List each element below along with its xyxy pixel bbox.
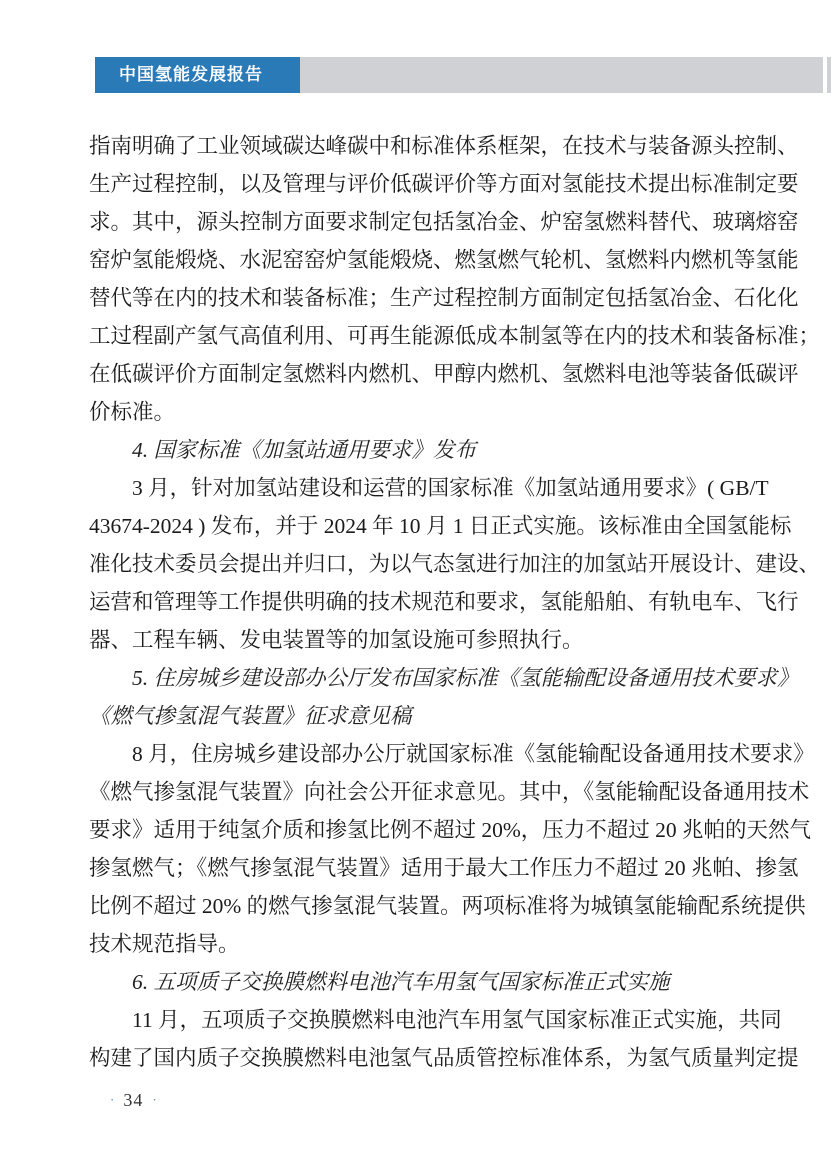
footer-right-dot: · — [143, 1092, 165, 1107]
text-line: 准化技术委员会提出并归口，为以气态氢进行加注的加氢站开展设计、建设、 — [89, 545, 749, 583]
text-line: 价标准。 — [89, 393, 749, 431]
text-line: 器、工程车辆、发电装置等的加氢设施可参照执行。 — [89, 621, 749, 659]
text-line: 43674-2024 ) 发布，并于 2024 年 10 月 1 日正式实施。该… — [89, 507, 749, 545]
text-line: 替代等在内的技术和装备标准；生产过程控制方面制定包括氢冶金、石化化 — [89, 279, 749, 317]
section-heading: 4. 国家标准《加氢站通用要求》发布 — [89, 431, 749, 469]
text-line: 《燃气掺氢混气装置》向社会公开征求意见。其中，《氢能输配设备通用技术 — [89, 773, 749, 811]
text-line: 11 月，五项质子交换膜燃料电池汽车用氢气国家标准正式实施，共同 — [89, 1001, 749, 1039]
page-footer: ·34· — [101, 1086, 166, 1114]
text-line: 生产过程控制，以及管理与评价低碳评价等方面对氢能技术提出标准制定要 — [89, 165, 749, 203]
text-line: 求。其中，源头控制方面要求制定包括氢冶金、炉窑氢燃料替代、玻璃熔窑 — [89, 203, 749, 241]
text-line: 指南明确了工业领域碳达峰碳中和标准体系框架，在技术与装备源头控制、 — [89, 127, 749, 165]
footer-left-dot: · — [101, 1092, 123, 1107]
text-line: 掺氢燃气；《燃气掺氢混气装置》适用于最大工作压力不超过 20 兆帕、掺氢 — [89, 849, 749, 887]
section-heading: 6. 五项质子交换膜燃料电池汽车用氢气国家标准正式实施 — [89, 963, 749, 1001]
text-line: 窑炉氢能煅烧、水泥窑窑炉氢能煅烧、燃氢燃气轮机、氢燃料内燃机等氢能 — [89, 241, 749, 279]
report-title-badge: 中国氢能发展报告 — [95, 57, 300, 93]
text-line: 比例不超过 20% 的燃气掺氢混气装置。两项标准将为城镇氢能输配系统提供 — [89, 887, 749, 925]
text-line: 在低碳评价方面制定氢燃料内燃机、甲醇内燃机、氢燃料电池等装备低碳评 — [89, 355, 749, 393]
section-heading: 5. 住房城乡建设部办公厅发布国家标准《氢能输配设备通用技术要求》 — [89, 659, 749, 697]
text-line: 8 月，住房城乡建设部办公厅就国家标准《氢能输配设备通用技术要求》 — [89, 735, 749, 773]
text-line: 工过程副产氢气高值利用、可再生能源低成本制氢等在内的技术和装备标准； — [89, 317, 749, 355]
text-line: 3 月，针对加氢站建设和运营的国家标准《加氢站通用要求》( GB/T — [89, 469, 749, 507]
document-body: 指南明确了工业领域碳达峰碳中和标准体系框架，在技术与装备源头控制、生产过程控制，… — [89, 127, 749, 1077]
text-line: 构建了国内质子交换膜燃料电池氢气品质管控标准体系，为氢气质量判定提 — [89, 1039, 749, 1077]
header-rule-bar-edge — [827, 57, 831, 93]
text-line: 要求》适用于纯氢介质和掺氢比例不超过 20%，压力不超过 20 兆帕的天然气 — [89, 811, 749, 849]
text-line: 技术规范指导。 — [89, 925, 749, 963]
header-rule-bar — [300, 57, 823, 93]
text-line: 运营和管理等工作提供明确的技术规范和要求，氢能船舶、有轨电车、飞行 — [89, 583, 749, 621]
section-heading: 《燃气掺氢混气装置》征求意见稿 — [89, 697, 749, 735]
page-number: 34 — [123, 1090, 143, 1110]
